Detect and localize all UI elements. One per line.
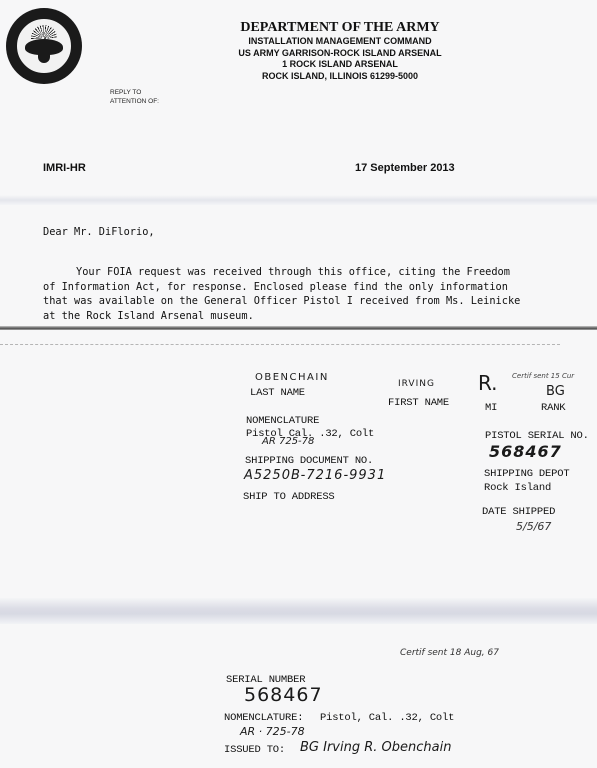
letterhead: DEPARTMENT OF THE ARMY INSTALLATION MANA… [170, 20, 510, 82]
nomenclature-label: NOMENCLATURE [246, 415, 319, 427]
attention-of-line: ATTENTION OF: [110, 98, 159, 107]
letter-date: 17 September 2013 [355, 162, 455, 174]
paragraph-line: Your FOIA request was received through t… [43, 265, 583, 280]
paragraph-line-text: Your FOIA request was received through t… [76, 266, 510, 278]
reply-to-label: REPLY TO ATTENTION OF: [110, 89, 159, 106]
letterhead-line: US ARMY GARRISON-ROCK ISLAND ARSENAL [170, 48, 510, 60]
nomenclature-note: AR 725-78 [262, 436, 314, 447]
first-name-label: FIRST NAME [388, 397, 449, 409]
pistol-serial-label: PISTOL SERIAL NO. [485, 430, 589, 442]
office-symbol: IMRI-HR [43, 162, 86, 174]
letterhead-line: 1 ROCK ISLAND ARSENAL [170, 59, 510, 71]
seal-center [15, 17, 73, 75]
ar-reference-note: AR · 725-78 [240, 725, 305, 738]
issued-to-label: ISSUED TO: [224, 744, 285, 756]
certificate-note: Certif sent 18 Aug, 67 [400, 648, 499, 658]
paper-fold [0, 195, 597, 205]
perforation-line [0, 344, 560, 346]
paragraph-line: at the Rock Island Arsenal museum. [43, 309, 583, 324]
rank-note: Certif sent 15 Cur [512, 372, 574, 380]
first-name-value: IRVING [398, 379, 435, 389]
last-name-label: LAST NAME [250, 387, 305, 399]
letterhead-line: ROCK ISLAND, ILLINOIS 61299-5000 [170, 71, 510, 83]
seal-rays-icon [31, 25, 57, 39]
department-of-defense-seal-icon [6, 8, 82, 84]
rank-value: BG [546, 384, 565, 399]
shipping-document-label: SHIPPING DOCUMENT NO. [245, 455, 373, 467]
letterhead-title: DEPARTMENT OF THE ARMY [170, 20, 510, 36]
salutation: Dear Mr. DiFlorio, [43, 226, 155, 238]
reply-to-line: REPLY TO [110, 89, 159, 98]
paragraph-line: that was available on the General Office… [43, 294, 583, 309]
middle-initial-value: R. [478, 371, 498, 395]
issued-to-signature: BG Irving R. Obenchain [300, 740, 451, 755]
letterhead-line: INSTALLATION MANAGEMENT COMMAND [170, 36, 510, 48]
middle-initial-label: MI [485, 402, 497, 414]
paragraph-line: of Information Act, for response. Enclos… [43, 280, 583, 295]
issue-nomenclature-value: Pistol, Cal. .32, Colt [320, 712, 454, 724]
paper-fold [0, 598, 597, 624]
shipping-depot-value: Rock Island [484, 482, 551, 494]
shipping-document-value: A5250B-7216-9931 [244, 468, 386, 483]
ship-to-address-label: SHIP TO ADDRESS [243, 491, 335, 503]
serial-number-value: 568467 [244, 684, 323, 706]
page-edge [0, 326, 597, 330]
last-name-value: OBENCHAIN [255, 372, 329, 383]
letter-paragraph: Your FOIA request was received through t… [43, 265, 583, 323]
pistol-serial-value: 568467 [489, 442, 562, 461]
rank-label: RANK [541, 402, 565, 414]
date-shipped-value: 5/5/67 [516, 520, 551, 533]
date-shipped-label: DATE SHIPPED [482, 506, 555, 518]
issue-nomenclature-label: NOMENCLATURE: [224, 712, 303, 724]
shipping-depot-label: SHIPPING DEPOT [484, 468, 569, 480]
shield-icon [38, 49, 50, 63]
